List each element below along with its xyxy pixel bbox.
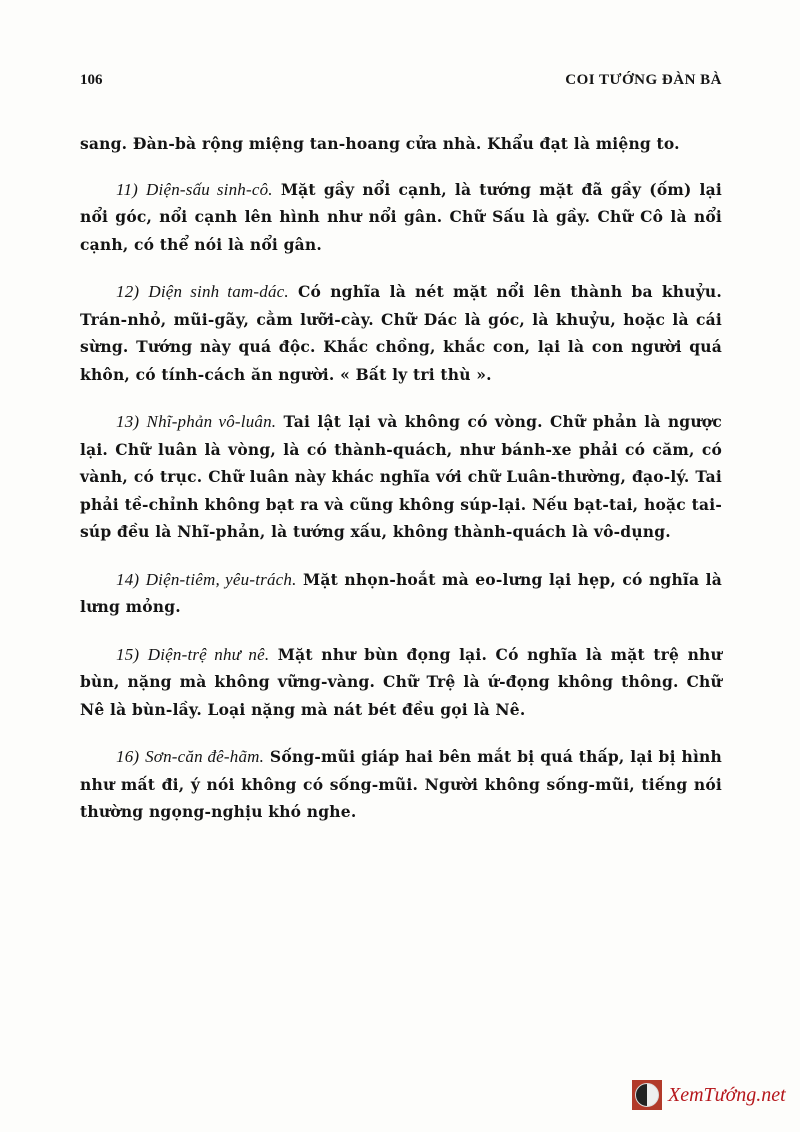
item-number: 15) xyxy=(116,645,139,664)
paragraph-item-12: 12) Diện sinh tam-dác. Có nghĩa là nét m… xyxy=(80,278,722,388)
running-title: COI TƯỚNG ĐÀN BÀ xyxy=(565,72,722,89)
watermark-logo: XemTướng.net xyxy=(632,1080,786,1110)
item-number: 13) xyxy=(116,412,139,431)
watermark-text: XemTướng.net xyxy=(668,1084,786,1107)
item-term: Nhĩ-phản vô-luân. xyxy=(147,412,277,431)
item-number: 12) xyxy=(116,282,139,301)
page-number: 106 xyxy=(80,72,103,89)
item-term: Diện-tiêm, yêu-trách. xyxy=(146,570,297,589)
body-text: sang. Đàn-bà rộng miệng tan-hoang cửa nh… xyxy=(80,130,722,826)
item-number: 11) xyxy=(116,180,138,199)
paragraph-continuation: sang. Đàn-bà rộng miệng tan-hoang cửa nh… xyxy=(80,130,722,158)
item-number: 14) xyxy=(116,570,139,589)
paragraph-item-15: 15) Diện-trệ như nê. Mặt như bùn đọng lạ… xyxy=(80,641,722,724)
paragraph-item-14: 14) Diện-tiêm, yêu-trách. Mặt nhọn-hoắt … xyxy=(80,566,722,621)
item-number: 16) xyxy=(116,747,139,766)
item-term: Diện-sấu sinh-cô. xyxy=(146,180,273,199)
paragraph-item-11: 11) Diện-sấu sinh-cô. Mặt gầy nổi cạnh, … xyxy=(80,176,722,259)
running-head: 106 COI TƯỚNG ĐÀN BÀ xyxy=(80,72,722,102)
paragraph-text: Tai lật lại và không có vòng. Chữ phản l… xyxy=(80,412,722,541)
paragraph-item-16: 16) Sơn-căn đê-hãm. Sống-mũi giáp hai bê… xyxy=(80,743,722,826)
item-term: Diện sinh tam-dác. xyxy=(148,282,288,301)
paragraph-text: sang. Đàn-bà rộng miệng tan-hoang cửa nh… xyxy=(80,134,680,153)
logo-box xyxy=(632,1080,662,1110)
yin-yang-icon xyxy=(635,1083,659,1107)
book-page: 106 COI TƯỚNG ĐÀN BÀ sang. Đàn-bà rộng m… xyxy=(80,72,722,846)
item-term: Sơn-căn đê-hãm. xyxy=(145,747,264,766)
paragraph-item-13: 13) Nhĩ-phản vô-luân. Tai lật lại và khô… xyxy=(80,408,722,546)
item-term: Diện-trệ như nê. xyxy=(148,645,270,664)
